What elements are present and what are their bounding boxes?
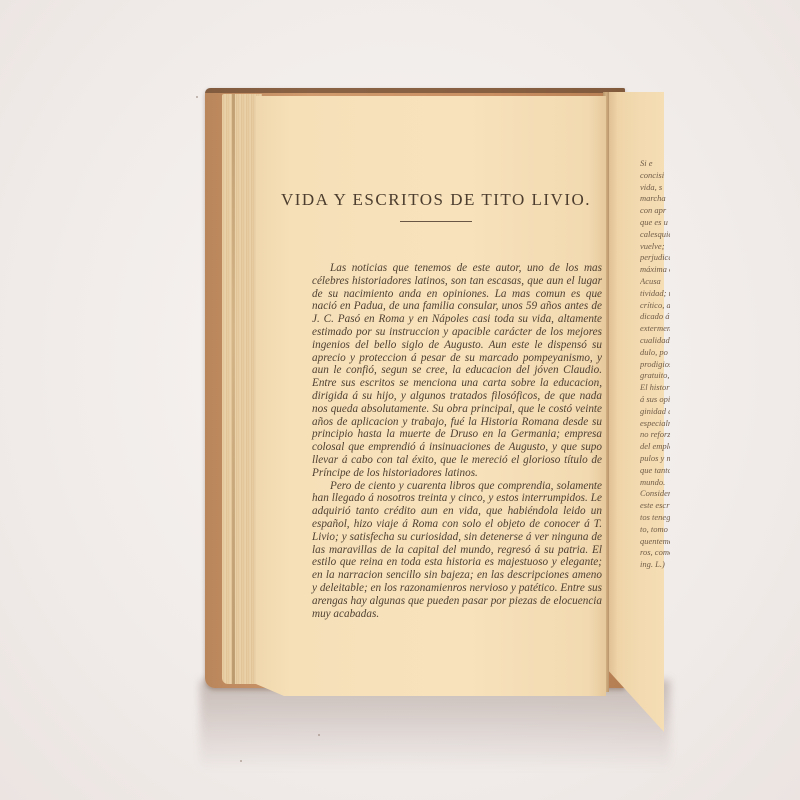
right-page-line: gratuito, [640,370,670,382]
right-page-line: tos tenegam T. [640,512,670,524]
right-page-line: cualidades [640,335,670,347]
right-page-line: que es u [640,217,670,229]
right-page-line: to, tomo su c [640,524,670,536]
right-page-line: con apr [640,205,670,217]
right-page-line: no reforzar [640,429,670,441]
paragraph-2: Pero de ciento y cuarenta libros que com… [312,480,602,621]
right-page-line: ing. L.) [640,559,670,571]
dust-speck [196,96,198,98]
right-page-line: concisi [640,170,670,182]
right-page-line: pulos y mo [640,453,670,465]
right-page-line: dulo, po [640,347,670,359]
right-page-line: máxima co [640,264,670,276]
dust-speck [318,734,320,736]
right-page-line: exterment [640,323,670,335]
title-divider [400,221,472,222]
right-page-line: crítico, a [640,300,670,312]
paragraph-1: Las noticias que tenemos de este autor, … [312,262,602,480]
right-page-line: calesquie [640,229,670,241]
right-page-line: Si e [640,158,670,170]
chapter-title: VIDA Y ESCRITOS DE TITO LIVIO. [256,190,616,210]
right-page-line: vuelve; [640,241,670,253]
right-page-line: vida, s [640,182,670,194]
right-page-line: del emplo Lo [640,441,670,453]
right-page-line: á sus opini [640,394,670,406]
right-page-line: que tantos le [640,465,670,477]
right-page-line: este escritor c [640,500,670,512]
right-page-line: ros, como b [640,547,670,559]
right-page-line: marcha [640,193,670,205]
right-page-line: perjudica [640,252,670,264]
right-page-line: tividad; m [640,288,670,300]
right-page-line: ginidad de [640,406,670,418]
dust-speck [240,760,242,762]
right-page-text: Si econcisivida, smarchacon aprque es uc… [640,158,670,571]
right-page-line: mundo. [640,477,670,489]
right-page-line: prodigios [640,359,670,371]
right-page-line: quentemente [640,536,670,548]
right-page-line: Acusa [640,276,670,288]
right-page-line: especialmente [640,418,670,430]
right-page-line: Considera [640,488,670,500]
right-page-line: El historia [640,382,670,394]
left-page-body: Las noticias que tenemos de este autor, … [312,262,602,620]
right-page-line: dicado á [640,311,670,323]
